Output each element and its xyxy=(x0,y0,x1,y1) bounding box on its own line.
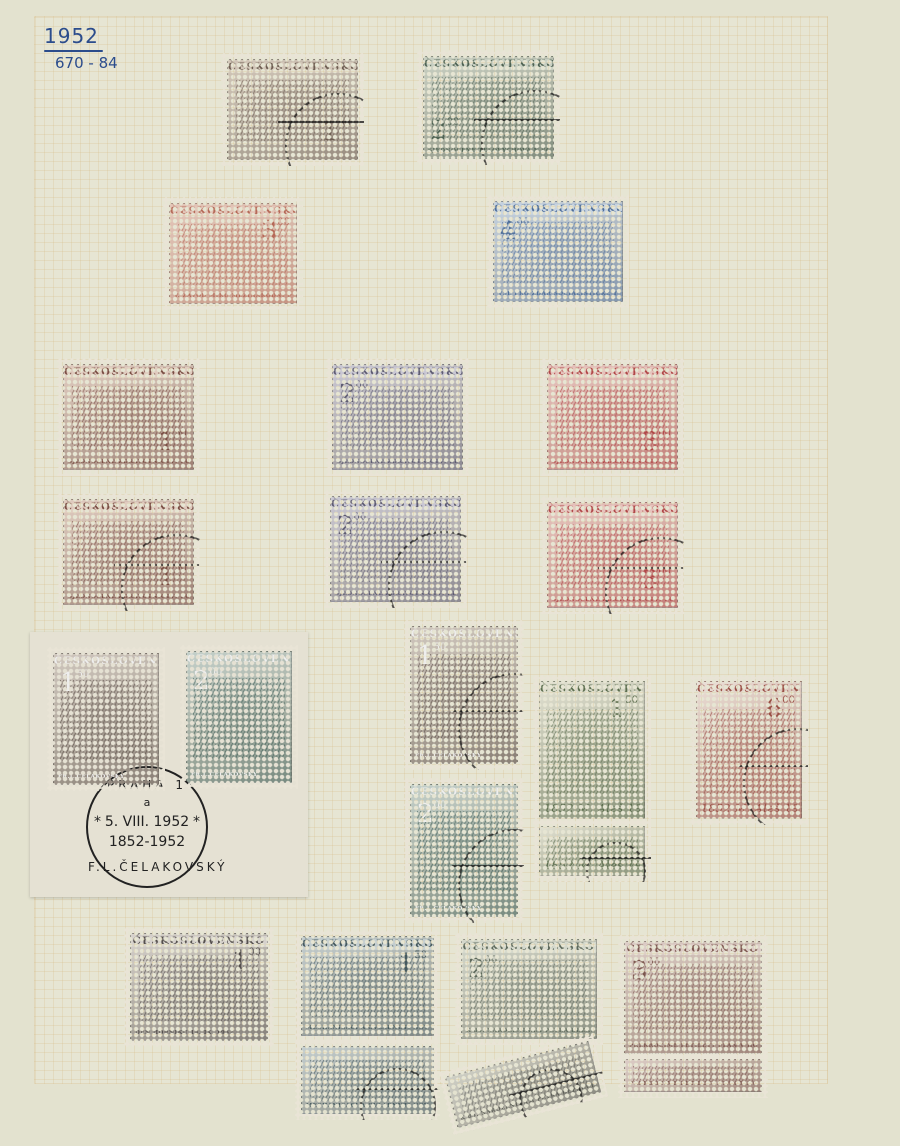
stamp-design: ČESKOSLOVENSKO200SJEDNOCENÉ ZDRAVOTNICTV… xyxy=(330,496,461,602)
postmark-name: F.L.ČELAKOVSKÝ xyxy=(88,860,206,874)
stamp-design: ČESKOSLOVENSKO150 xyxy=(227,59,358,160)
cancellation-bar xyxy=(474,119,560,121)
stamp-value: 150 xyxy=(158,564,187,590)
handwritten-catalog-range: 670 - 84 xyxy=(55,54,118,72)
stamp: 1852 M. Aleš 1952 xyxy=(533,820,651,882)
stamp-caption: DEN HORNÍKŮ 14. IX. 1952 xyxy=(135,1030,263,1037)
stamp-caption: FR.L.ČELAKOVSKÝ xyxy=(58,774,154,781)
stamp-caption: SJEDNOCENÉ ZDRAVOTNICTVÍ POSILA SOCIALIS… xyxy=(68,459,189,466)
stamp-design: PŘEKROČÍME PĚTILETÝ PLÁN V HORNICTVÍ xyxy=(624,1059,762,1092)
stamp-design: ČESKOSLOVENSKO1501852 M. Aleš 1952 xyxy=(539,681,645,819)
stamp-caption: VŠE PRO ZDAR SOCIALISTICKÉ TĚLOVÝCHOVY xyxy=(498,291,618,298)
stamp: ČESKOSLOVENSKO200SJEDNOCENÉ ZDRAVOTNICTV… xyxy=(326,358,469,476)
stamp-value: 150 xyxy=(417,643,446,669)
cancellation-bar xyxy=(598,567,684,569)
stamp-caption: V. ZÁVOD MÍRU MEZINÁRODNÍ PŘÁTELSTVÍ SPO… xyxy=(174,293,292,300)
stamp: ČESKOSLOVENSKO300PŘEKROČÍME PĚTILETÝ PLÁ… xyxy=(618,935,768,1060)
stamp-country: ČESKOSLOVENSKO xyxy=(331,499,460,510)
stamp-design: ČESKOSLOVENSKO150FR.L.ČELAKOVSKÝ xyxy=(53,653,159,785)
stamp-country: ČESKOSLOVENSKO xyxy=(64,367,193,378)
stamp-value: 200 xyxy=(468,956,497,982)
cancellation-bar xyxy=(381,561,467,563)
stamp: ČESKOSLOVENSKO100DEN HORNÍKŮ 14. IX. 195… xyxy=(124,927,274,1047)
stamp: ČESKOSLOVENSKO200SJEDNOCENÉ ZDRAVOTNICTV… xyxy=(324,490,467,608)
stamp-country: ČESKOSLOVENSKO xyxy=(462,942,596,953)
stamp-design: ČESKOSLOVENSKO200SJEDNOCENÉ TĚLOVÝCHOVA … xyxy=(423,56,554,159)
stamp: ČESKOSLOVENSKO150FR.L.ČELAKOVSKÝ xyxy=(404,620,524,770)
stamp-design: ČESKOSLOVENSKO150SJEDNOCENÉ ZDRAVOTNICTV… xyxy=(63,364,194,470)
stamp-country: ČESKOSLOVENSKO xyxy=(548,367,677,378)
stamp-design: ČESKOSLOVENSKO200SJEDNOCENÉ ZDRAVOTNICTV… xyxy=(332,364,463,470)
stamp-country: ČESKOSLOVENSKO xyxy=(548,505,677,516)
stamp: ČESKOSLOVENSKO300V. ZÁVOD MÍRU MEZINÁROD… xyxy=(163,197,303,310)
stamp: ČESKOSLOVENSKO1501852 M. Aleš 1952 xyxy=(533,675,651,825)
stamp-country: ČESKOSLOVENSKO xyxy=(187,654,291,665)
stamp-design: ČESKOSLOVENSKO6001852 M. Aleš 1952 xyxy=(696,681,802,819)
stamp-value: 300 xyxy=(642,429,671,455)
stamp-caption: FR.L.ČELAKOVSKÝ xyxy=(191,772,287,779)
postmark-date: 5. VIII. 1952 xyxy=(88,814,206,830)
stamp-engraving xyxy=(310,1060,425,1101)
stamp-design: ČESKOSLOVENSKO200K 85. NAROZENINÁM PETRA… xyxy=(461,939,597,1039)
stamp-design: ČESKOSLOVENSKO200FR.L.ČELAKOVSKÝ xyxy=(410,784,518,917)
stamp: ČESKOSLOVENSKO400VŠE PRO ZDAR SOCIALISTI… xyxy=(487,195,629,308)
stamp: ČESKOSLOVENSKO200FR.L.ČELAKOVSKÝ xyxy=(180,645,298,789)
postmark-letter: a xyxy=(88,796,206,809)
stamp-design: ČESKOSLOVENSKO200FR.L.ČELAKOVSKÝ xyxy=(186,651,292,783)
stamp-country: ČESKOSLOVENSKO xyxy=(54,656,158,667)
stamp-value: 150 xyxy=(322,119,351,145)
stamp-design: 1852 M. Aleš 1952 xyxy=(539,826,645,876)
stamp-design: ČESKOSLOVENSKO150MECHANISACÍ A OVLÁDNUTÍ… xyxy=(301,936,434,1036)
stamp-value: 600 xyxy=(766,696,795,722)
stamp-country: ČESKOSLOVENSKO xyxy=(64,502,193,513)
stamp-design: ČESKOSLOVENSKO100DEN HORNÍKŮ 14. IX. 195… xyxy=(130,933,268,1041)
stamp-design: ČESKOSLOVENSKO300SJEDNOCENÉ ZDRAVOTNICTV… xyxy=(547,364,678,470)
stamp-value: 150 xyxy=(609,696,638,722)
stamp-caption: SJEDNOCENÉ ZDRAVOTNICTVÍ ZLEPŠUJE PÉČI O… xyxy=(337,459,458,466)
cancellation-bar xyxy=(737,765,808,767)
stamp: ČESKOSLOVENSKO200FR.L.ČELAKOVSKÝ xyxy=(404,778,524,923)
cancellation-bar xyxy=(452,865,524,867)
cancellation-bar xyxy=(114,564,200,566)
stamp-country: ČESKOSLOVENSKO xyxy=(333,367,462,378)
stamp-caption: FR.L.ČELAKOVSKÝ xyxy=(415,753,513,760)
stamp-design: ČESKOSLOVENSKO150SJEDNOCENÉ ZDRAVOTNICTV… xyxy=(63,499,194,605)
stamp-country: ČESKOSLOVENSKO xyxy=(411,629,517,640)
stamp-design: ČESKOSLOVENSKO400VŠE PRO ZDAR SOCIALISTI… xyxy=(493,201,623,302)
stamp: MECHANISACÍ A OVLÁDNUTÍ NOVÉ DŮLNÍ TECHN… xyxy=(295,1040,440,1120)
stamp-caption: K 85. NAROZENINÁM PETRA BEZRUČE xyxy=(466,1028,592,1035)
stamp-caption: PŘEKROČÍME PĚTILETÝ PLÁN V HORNICTVÍ xyxy=(629,1081,757,1088)
stamp-country: ČESKOSLOVENSKO xyxy=(411,787,517,798)
stamp: ČESKOSLOVENSKO300SJEDNOCENÉ ZDRAVOTNICTV… xyxy=(541,358,684,476)
stamp-value: 300 xyxy=(261,218,290,244)
stamp: ČESKOSLOVENSKO150SJEDNOCENÉ ZDRAVOTNICTV… xyxy=(57,358,200,476)
stamp-design: ČESKOSLOVENSKO150FR.L.ČELAKOVSKÝ xyxy=(410,626,518,764)
cancellation-bar xyxy=(278,121,364,123)
stamp-value: 300 xyxy=(631,958,660,984)
stamp: ČESKOSLOVENSKO200K 85. NAROZENINÁM PETRA… xyxy=(455,933,603,1045)
cancellation-bar xyxy=(580,857,651,859)
handwritten-year: 1952 xyxy=(44,24,99,48)
stamp-caption: SJEDNOCENÉ ZDRAVOTNICTVÍ POSILA SOCIALIS… xyxy=(552,459,673,466)
stamp-caption: FR.L.ČELAKOVSKÝ xyxy=(415,906,513,913)
stamp-caption: MECHANISACÍ A OVLÁDNUTÍ NOVÉ DŮLNÍ TECHN… xyxy=(306,1025,429,1032)
stamp: ČESKOSLOVENSKO150 xyxy=(221,53,364,166)
stamp-caption: 1852 M. Aleš 1952 xyxy=(544,859,640,872)
stamp: ČESKOSLOVENSKO300SJEDNOCENÉ ZDRAVOTNICTV… xyxy=(541,496,684,614)
star-icon: * xyxy=(193,814,200,830)
album-page: 1952 670 - 84 PRAHA 1 a * 5. VIII. 1952 … xyxy=(0,0,900,1146)
stamp: ČESKOSLOVENSKO200SJEDNOCENÉ TĚLOVÝCHOVA … xyxy=(417,50,560,165)
stamp-value: 200 xyxy=(337,513,366,539)
stamp-caption: SJEDNOCENÉ ZDRAVOTNICTVÍ POSILA SOCIALIS… xyxy=(552,597,673,604)
stamp: ČESKOSLOVENSKO150MECHANISACÍ A OVLÁDNUTÍ… xyxy=(295,930,440,1042)
stamp-design: ČESKOSLOVENSKO300SJEDNOCENÉ ZDRAVOTNICTV… xyxy=(547,502,678,608)
stamp-caption: SJEDNOCENÉ ZDRAVOTNICTVÍ POSILA SOCIALIS… xyxy=(68,594,189,601)
stamp-value: 200 xyxy=(193,668,222,694)
stamp-value: 100 xyxy=(232,948,261,974)
cancellation-bar xyxy=(452,710,524,712)
stamp-value: 200 xyxy=(339,381,368,407)
stamp-value: 150 xyxy=(398,951,427,977)
postmark-years: 1852-1952 xyxy=(88,834,206,850)
stamp: ČESKOSLOVENSKO150SJEDNOCENÉ ZDRAVOTNICTV… xyxy=(57,493,200,611)
stamp-country: ČESKOSLOVENSKO xyxy=(424,59,553,70)
stamp-country: ČESKOSLOVENSKO xyxy=(625,944,761,955)
stamp-value: 200 xyxy=(430,118,459,144)
stamp-design: ČESKOSLOVENSKO300PŘEKROČÍME PĚTILETÝ PLÁ… xyxy=(624,941,762,1054)
stamp-country: ČESKOSLOVENSKO xyxy=(228,62,357,73)
stamp-value: 150 xyxy=(158,429,187,455)
stamp-caption: 1852 M. Aleš 1952 xyxy=(544,802,640,815)
stamp-value: 400 xyxy=(500,218,529,244)
stamp-caption: SJEDNOCENÉ ZDRAVOTNICTVÍ ZLEPŠUJE PÉČI O… xyxy=(335,591,456,598)
stamp-caption: SJEDNOCENÉ TĚLOVÝCHOVA K SOCIALISMU xyxy=(428,148,549,155)
stamp: ČESKOSLOVENSKO6001852 M. Aleš 1952 xyxy=(690,675,808,825)
stamp-value: 200 xyxy=(417,801,446,827)
cancellation-bar xyxy=(353,1088,440,1090)
stamp-caption: 1852 M. Aleš 1952 xyxy=(701,802,797,815)
stamp-caption: PŘEKROČÍME PĚTILETÝ PLÁN V HORNICTVÍ xyxy=(629,1043,757,1050)
stamp-country: ČESKOSLOVENSKO xyxy=(540,684,644,695)
stamp-value: 150 xyxy=(60,670,89,696)
stamp-design: ČESKOSLOVENSKO300V. ZÁVOD MÍRU MEZINÁROD… xyxy=(169,203,297,304)
stamp: ČESKOSLOVENSKO150FR.L.ČELAKOVSKÝ xyxy=(47,647,165,791)
stamp: PŘEKROČÍME PĚTILETÝ PLÁN V HORNICTVÍ xyxy=(618,1053,768,1098)
stamp-value: 300 xyxy=(642,567,671,593)
stamp-country: ČESKOSLOVENSKO xyxy=(697,684,801,695)
stamp-design: MECHANISACÍ A OVLÁDNUTÍ NOVÉ DŮLNÍ TECHN… xyxy=(301,1046,434,1114)
stamp-country: ČESKOSLOVENSKO xyxy=(494,204,622,215)
stamp-caption: MECHANISACÍ A OVLÁDNUTÍ NOVÉ DŮLNÍ TECHN… xyxy=(306,1103,429,1110)
